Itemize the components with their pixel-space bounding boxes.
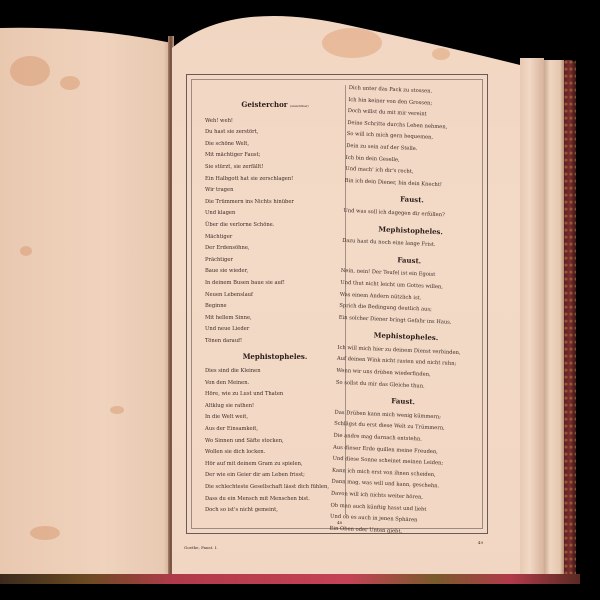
text-column-left: Geisterchor (unsichtbar) Weh! weh! Du ha… [205, 95, 345, 517]
verse-line: Du hast sie zerstört, [205, 127, 345, 139]
cover-bottom-edge [0, 574, 580, 584]
foxing-stain [60, 76, 80, 90]
left-page-blank [0, 26, 172, 578]
verse-line: Wollen sie dich locken. [205, 447, 345, 459]
verse-line: Doch so ist's nicht gemeint, [205, 505, 345, 517]
heading-geisterchor: Geisterchor (unsichtbar) [205, 99, 345, 113]
heading-subtext: (unsichtbar) [290, 104, 309, 108]
foxing-stain [322, 28, 382, 58]
verse-line: Aus der Einsamkeit, [205, 424, 345, 436]
verse-line: Und was soll ich dagegen dir erfüllen? [343, 206, 479, 224]
verse-line: Prächtiger [205, 255, 345, 267]
verse-line: Der wie ein Geier dir am Leben frisst; [205, 470, 345, 482]
verse-line: Die schlechteste Gesellschaft lässt dich… [205, 482, 345, 494]
verse-block: Dies sind die Kleinen Von den Meinen. Hö… [205, 366, 345, 517]
right-page: Geisterchor (unsichtbar) Weh! weh! Du ha… [172, 8, 524, 578]
text-border-frame: Geisterchor (unsichtbar) Weh! weh! Du ha… [186, 74, 488, 534]
foxing-stain [10, 56, 50, 86]
marbled-cover-edge [564, 60, 576, 584]
verse-line: Von den Meinen. [205, 378, 345, 390]
verse-line: Tönen darauf! [205, 336, 345, 348]
heading-mephistopheles: Mephistopheles. [205, 351, 345, 363]
verse-line: Sie stürzt, sie zerfällt! [205, 162, 345, 174]
verse-line: Baue sie wieder, [205, 266, 345, 278]
foxing-stain [20, 246, 32, 256]
verse-line: Mächtiger [205, 232, 345, 244]
foxing-stain [110, 406, 124, 414]
verse-line: Dazu hast du noch eine lange Frist. [342, 236, 478, 254]
book-photo: Geisterchor (unsichtbar) Weh! weh! Du ha… [0, 0, 600, 600]
verse-line: Dies sind die Kleinen [205, 366, 345, 378]
verse-line: Dass du ein Mensch mit Menschen bist. [205, 494, 345, 506]
verse-line: Mit mächtiger Faust; [205, 150, 345, 162]
foxing-stain [432, 48, 450, 60]
verse-line: Neuen Lebenslauf [205, 290, 345, 302]
verse-line: In deinem Busen baue sie auf! [205, 278, 345, 290]
verse-line: In die Welt weit, [205, 412, 345, 424]
verse-block: Weh! weh! Du hast sie zerstört, Die schö… [205, 116, 345, 348]
verse-line: Wir tragen [205, 185, 345, 197]
verse-line: Und klagen [205, 208, 345, 220]
page-stack [520, 58, 544, 578]
heading-text: Geisterchor [241, 100, 287, 109]
verse-line: Über die verlorne Schöne. [205, 220, 345, 232]
verse-line: Die schöne Welt, [205, 139, 345, 151]
verse-line: Die Trümmern ins Nichts hinüber [205, 197, 345, 209]
footer-signature: Goethe, Faust. I. [184, 545, 218, 550]
verse-line: Der Erdensöhne, [205, 243, 345, 255]
foxing-stain [30, 526, 60, 540]
verse-line: Beginne [205, 301, 345, 313]
page-stack-edge [544, 60, 564, 576]
text-column-right: Dich unter das Pack zu stossen. Ich bin … [329, 83, 485, 541]
verse-line: Altklug sie rathen! [205, 401, 345, 413]
verse-line: Mit hellem Sinne, [205, 313, 345, 325]
verse-line: Weh! weh! [205, 116, 345, 128]
verse-line: Wo Sinnen und Säfte stocken, [205, 436, 345, 448]
verse-line: Ein Halbgott hat sie zerschlagen! [205, 174, 345, 186]
verse-line: Hör auf mit deinem Gram zu spielen, [205, 459, 345, 471]
page-number-left: 48 [337, 520, 342, 525]
verse-line: Höre, wie zu Lust und Thaten [205, 389, 345, 401]
page-number-right: 49 [478, 540, 483, 545]
verse-line: Und neue Lieder [205, 324, 345, 336]
